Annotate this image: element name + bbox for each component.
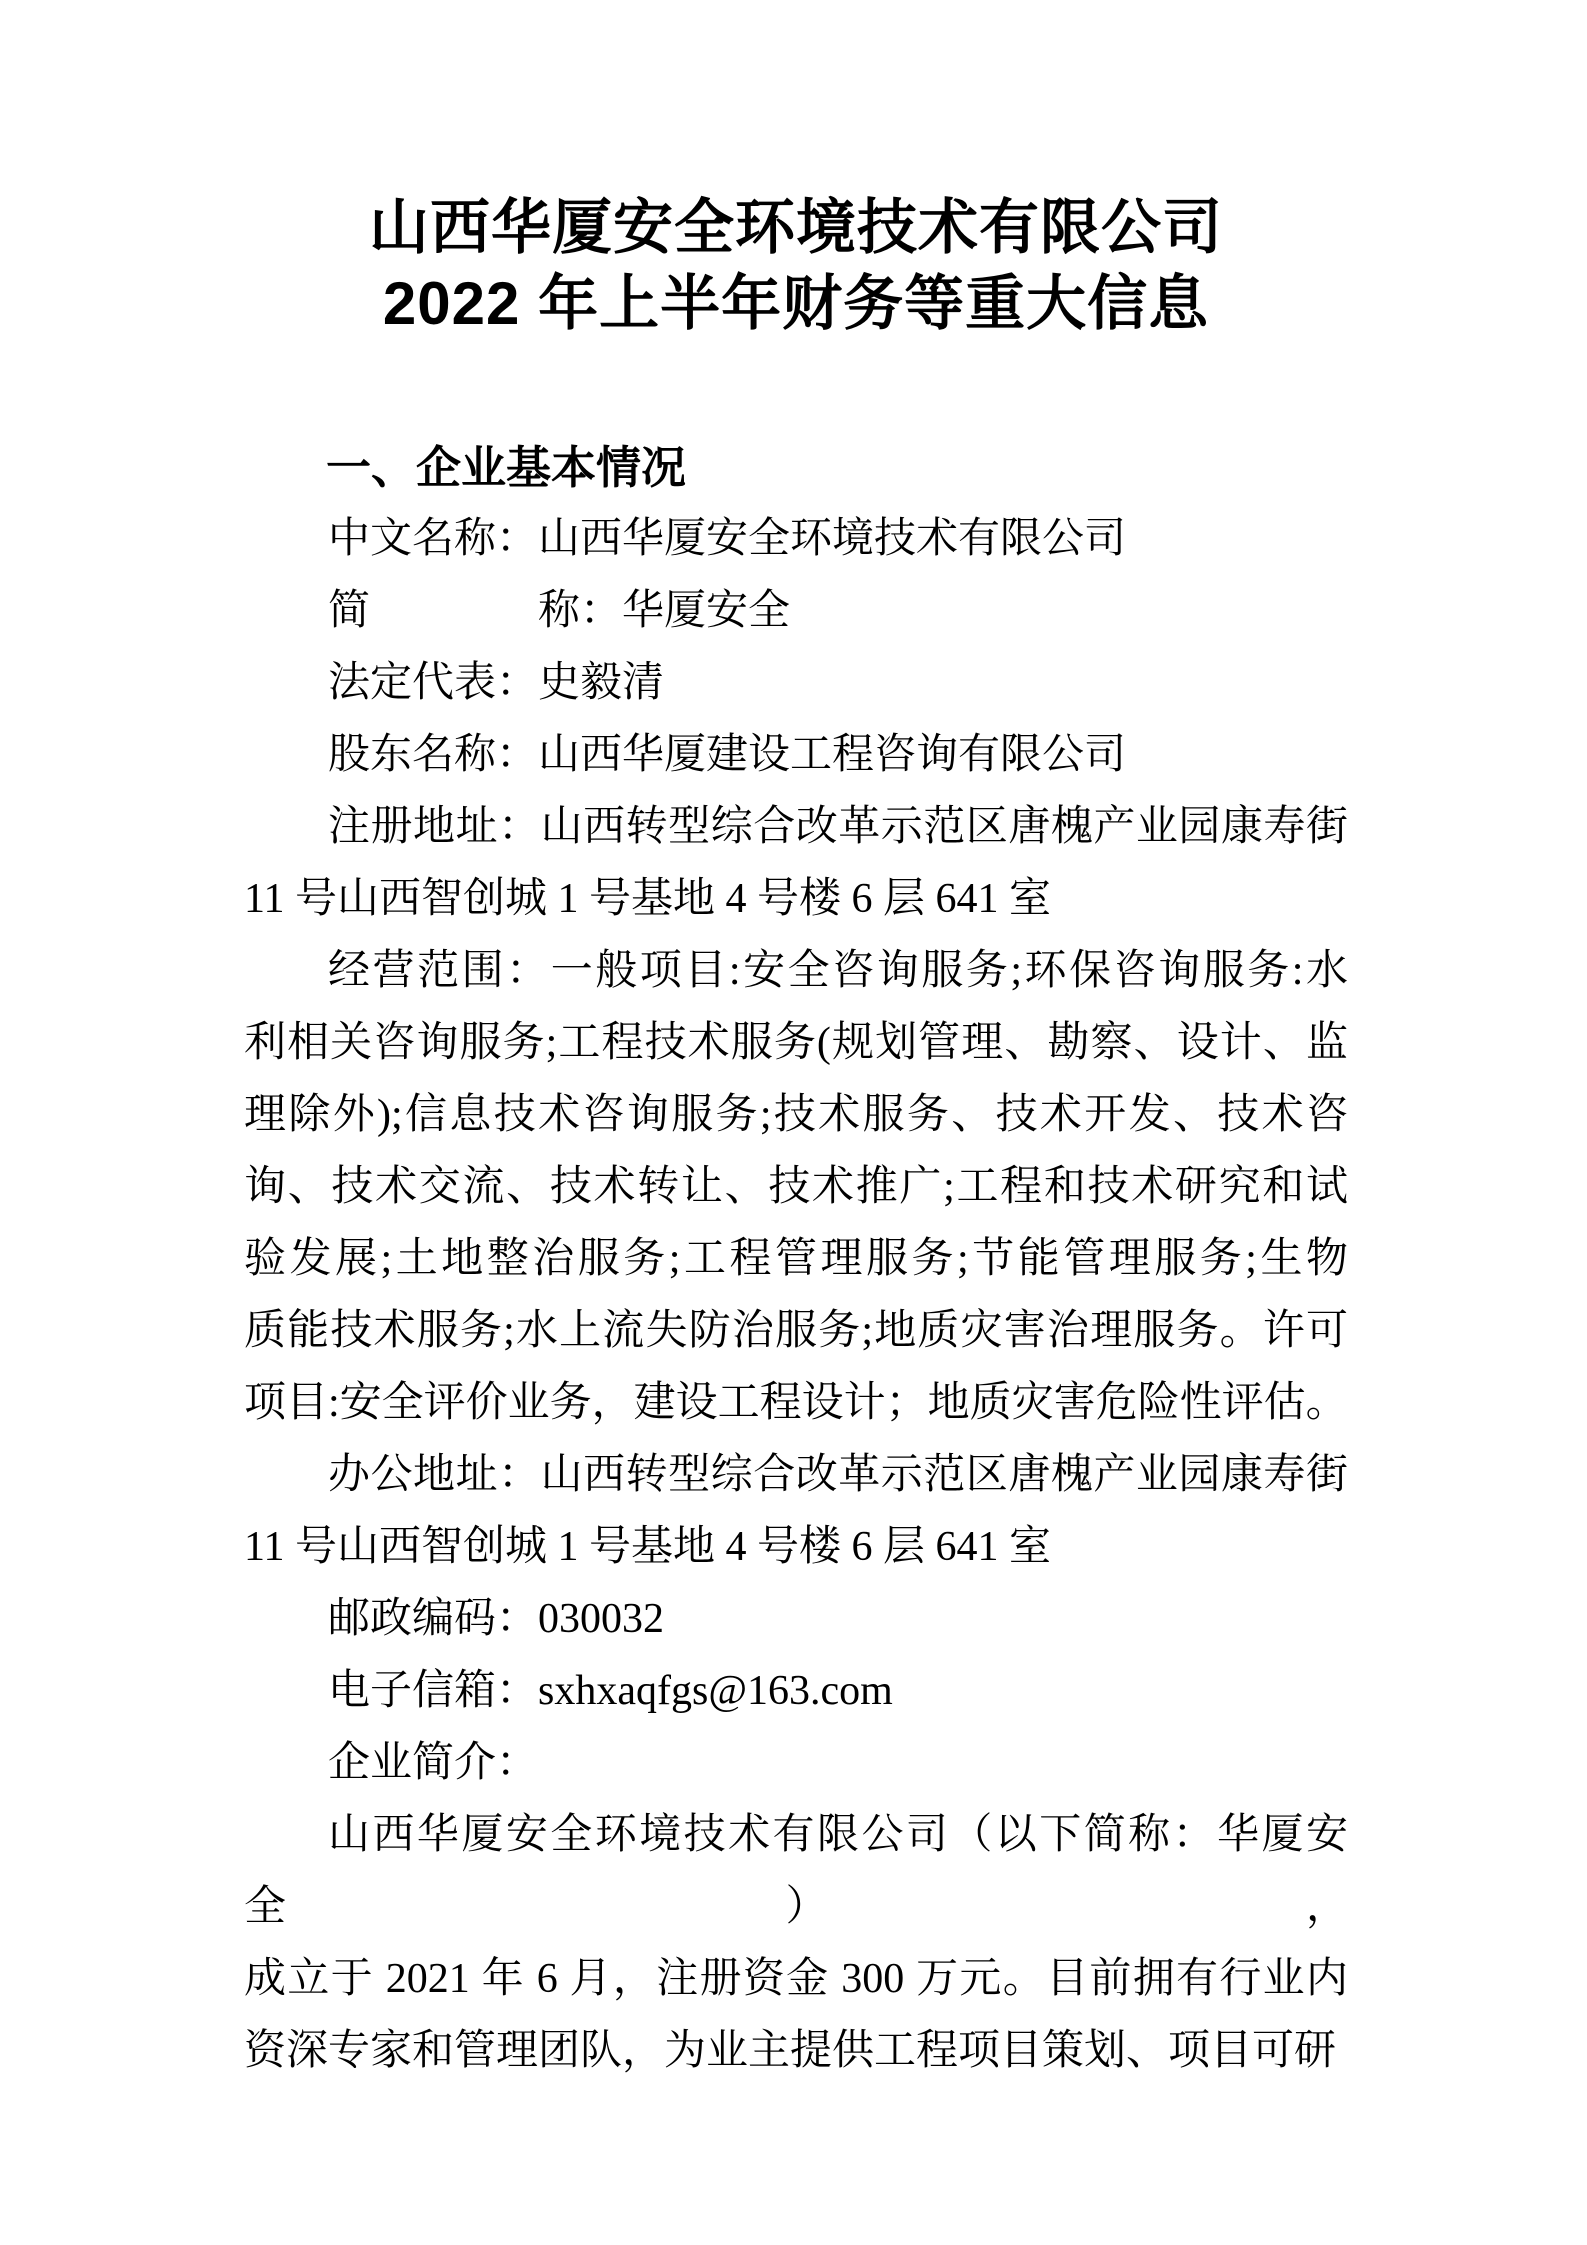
text-line: 办公地址：山西转型综合改革示范区唐槐产业园康寿街 xyxy=(244,1439,1348,1511)
text-line: 11 号山西智创城 1 号基地 4 号楼 6 层 641 室 xyxy=(244,863,1348,935)
document-title: 山西华厦安全环境技术有限公司 2022 年上半年财务等重大信息 xyxy=(244,0,1348,342)
text-line: 邮政编码：030032 xyxy=(244,1583,1348,1655)
page-content: 山西华厦安全环境技术有限公司 2022 年上半年财务等重大信息 一、企业基本情况… xyxy=(0,0,1587,2087)
text-line: 资深专家和管理团队，为业主提供工程项目策划、项目可研 xyxy=(244,2015,1348,2087)
document-page: 山西华厦安全环境技术有限公司 2022 年上半年财务等重大信息 一、企业基本情况… xyxy=(0,0,1587,2245)
text-line: 电子信箱：sxhxaqfgs@163.com xyxy=(244,1655,1348,1727)
text-line: 中文名称：山西华厦安全环境技术有限公司 xyxy=(244,503,1348,575)
text-line: 询、技术交流、技术转让、技术推广;工程和技术研究和试 xyxy=(244,1151,1348,1223)
text-line: 质能技术服务;水上流失防治服务;地质灾害治理服务。许可 xyxy=(244,1295,1348,1367)
text-line: 简 称：华厦安全 xyxy=(244,575,1348,647)
body-text: 中文名称：山西华厦安全环境技术有限公司简 称：华厦安全法定代表：史毅清股东名称：… xyxy=(244,503,1348,2087)
text-line: 成立于 2021 年 6 月，注册资金 300 万元。目前拥有行业内 xyxy=(244,1943,1348,2015)
text-line: 项目:安全评价业务，建设工程设计；地质灾害危险性评估。 xyxy=(244,1367,1348,1439)
text-line: 山西华厦安全环境技术有限公司（以下简称：华厦安全）， xyxy=(244,1799,1348,1943)
document-title-line-1: 山西华厦安全环境技术有限公司 xyxy=(244,190,1348,266)
document-title-line-2: 2022 年上半年财务等重大信息 xyxy=(244,266,1348,342)
text-line: 11 号山西智创城 1 号基地 4 号楼 6 层 641 室 xyxy=(244,1511,1348,1583)
text-line: 注册地址：山西转型综合改革示范区唐槐产业园康寿街 xyxy=(244,791,1348,863)
text-line: 利相关咨询服务;工程技术服务(规划管理、勘察、设计、监 xyxy=(244,1007,1348,1079)
text-line: 验发展;土地整治服务;工程管理服务;节能管理服务;生物 xyxy=(244,1223,1348,1295)
text-line: 企业简介： xyxy=(244,1727,1348,1799)
section-heading: 一、企业基本情况 xyxy=(244,437,1348,499)
text-line: 股东名称：山西华厦建设工程咨询有限公司 xyxy=(244,719,1348,791)
text-line: 法定代表：史毅清 xyxy=(244,647,1348,719)
text-line: 经营范围：一般项目:安全咨询服务;环保咨询服务:水 xyxy=(244,935,1348,1007)
text-line: 理除外);信息技术咨询服务;技术服务、技术开发、技术咨 xyxy=(244,1079,1348,1151)
